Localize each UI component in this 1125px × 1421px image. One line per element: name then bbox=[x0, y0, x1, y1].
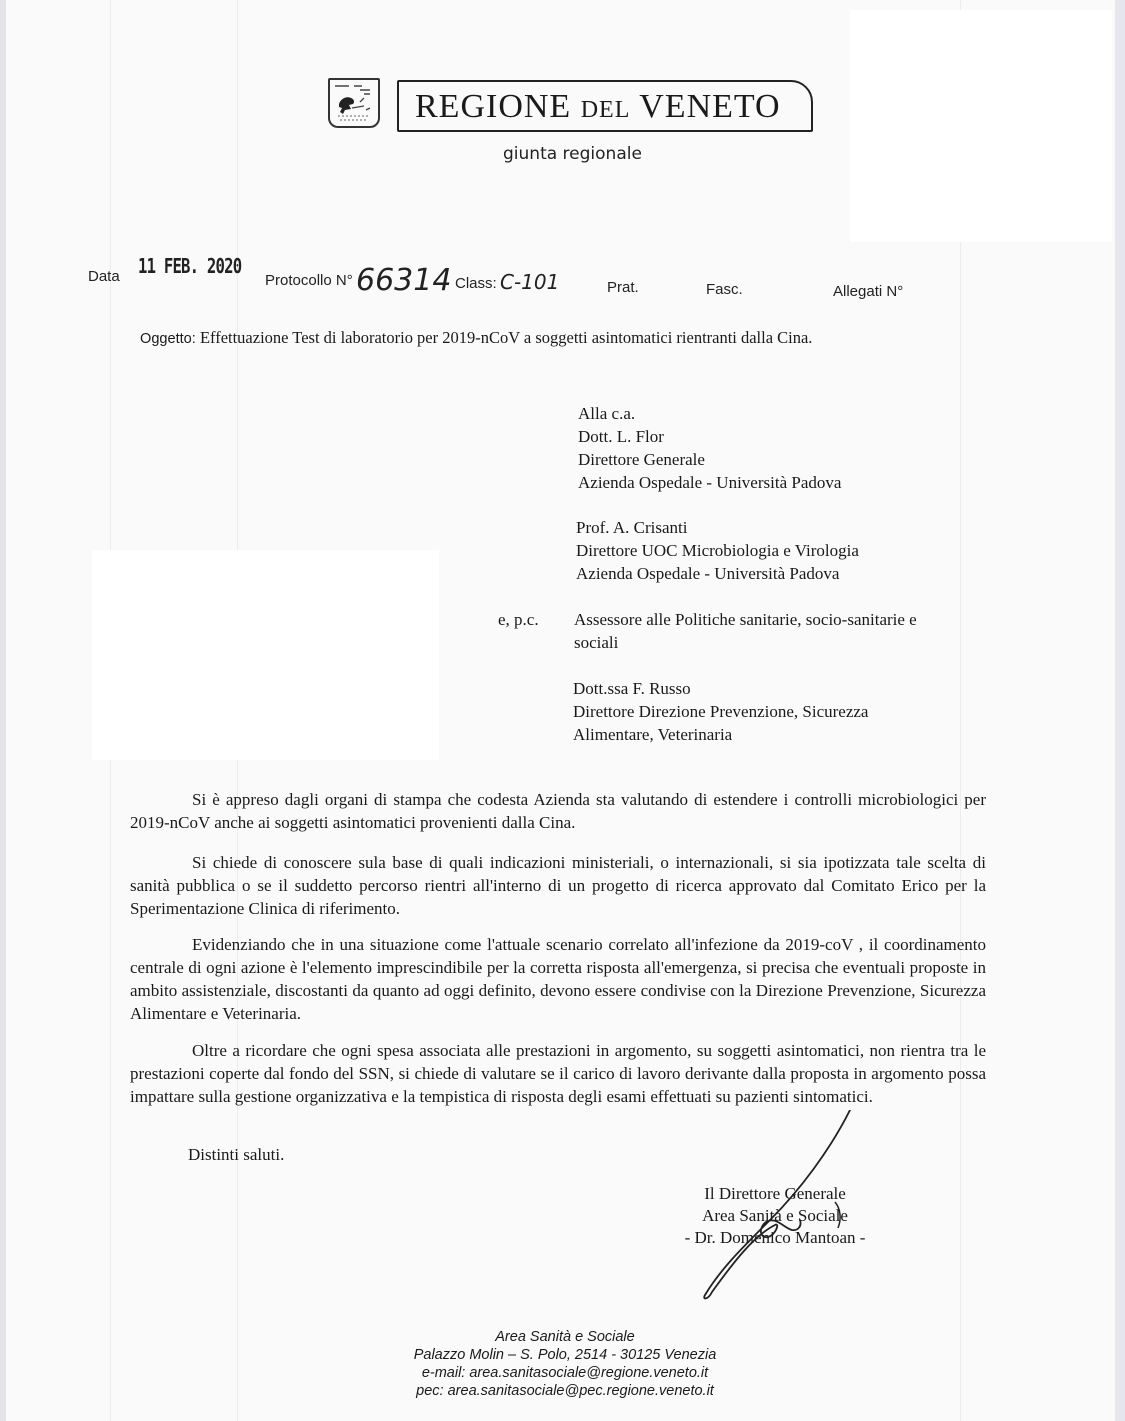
footer-address: Palazzo Molin – S. Polo, 2514 - 30125 Ve… bbox=[360, 1346, 770, 1364]
footer-email: e-mail: area.sanitasociale@regione.venet… bbox=[360, 1364, 770, 1382]
body-paragraph: Si è appreso dagli organi di stampa che … bbox=[130, 788, 986, 834]
date-label: Data bbox=[88, 268, 120, 285]
closing-salutation: Distinti saluti. bbox=[188, 1145, 284, 1165]
cc-line: Alimentare, Veterinaria bbox=[573, 723, 868, 746]
prat-label: Prat. bbox=[607, 279, 639, 296]
cc-line: Direttore Direzione Prevenzione, Sicurez… bbox=[573, 700, 868, 723]
recipient-line: Direttore UOC Microbiologia e Virologia bbox=[576, 539, 859, 562]
footer-pec: pec: area.sanitasociale@pec.regione.vene… bbox=[360, 1382, 770, 1400]
recipient-line: Azienda Ospedale - Università Padova bbox=[576, 562, 859, 585]
recipient-line: Azienda Ospedale - Università Padova bbox=[578, 471, 841, 494]
cc-line: Dott.ssa F. Russo bbox=[573, 677, 868, 700]
scan-edge-left bbox=[0, 0, 6, 1421]
institution-name: REGIONE DEL VENETO bbox=[415, 88, 781, 126]
cc-block-1: Assessore alle Politiche sanitarie, soci… bbox=[574, 608, 917, 654]
cc-block-2: Dott.ssa F. Russo Direttore Direzione Pr… bbox=[573, 677, 868, 746]
recipient-block-2: Prof. A. Crisanti Direttore UOC Microbio… bbox=[576, 516, 859, 585]
allegati-label: Allegati N° bbox=[833, 283, 903, 300]
subject-label: Oggetto: bbox=[140, 330, 196, 347]
letter-footer: Area Sanità e Sociale Palazzo Molin – S.… bbox=[360, 1328, 770, 1400]
institution-subtitle: giunta regionale bbox=[503, 144, 642, 164]
cc-line: sociali bbox=[574, 631, 917, 654]
footer-area: Area Sanità e Sociale bbox=[360, 1328, 770, 1346]
protocol-label: Protocollo N° bbox=[265, 272, 353, 289]
recipient-line: Dott. L. Flor bbox=[578, 425, 841, 448]
class-value: C-101 bbox=[500, 270, 559, 294]
handwritten-signature-icon bbox=[680, 1110, 880, 1310]
institution-title-box: REGIONE DEL VENETO bbox=[397, 80, 813, 132]
class-label: Class: bbox=[455, 275, 497, 292]
lion-of-saint-mark-crest-icon bbox=[328, 78, 380, 128]
subject-text: Effettuazione Test di laboratorio per 20… bbox=[200, 328, 812, 347]
cc-line: Assessore alle Politiche sanitarie, soci… bbox=[574, 608, 917, 631]
body-paragraph: Si chiede di conoscere sula base di qual… bbox=[130, 851, 986, 920]
date-stamp: 11 FEB. 2020 bbox=[138, 254, 241, 278]
attention-label: Alla c.a. bbox=[578, 402, 841, 425]
redacted-area bbox=[850, 10, 1112, 242]
recipient-line: Direttore Generale bbox=[578, 448, 841, 471]
protocol-number: 66314 bbox=[356, 263, 451, 298]
body-paragraph: Evidenziando che in una situazione come … bbox=[130, 933, 986, 1025]
recipient-block-1: Alla c.a. Dott. L. Flor Direttore Genera… bbox=[578, 402, 841, 494]
recipient-line: Prof. A. Crisanti bbox=[576, 516, 859, 539]
redacted-area bbox=[92, 550, 439, 760]
scan-edge-right bbox=[1115, 0, 1125, 1421]
cc-label: e, p.c. bbox=[498, 608, 539, 631]
subject-line: Oggetto: Effettuazione Test di laborator… bbox=[140, 328, 812, 348]
body-paragraph: Oltre a ricordare che ogni spesa associa… bbox=[130, 1039, 986, 1108]
fasc-label: Fasc. bbox=[706, 281, 743, 298]
